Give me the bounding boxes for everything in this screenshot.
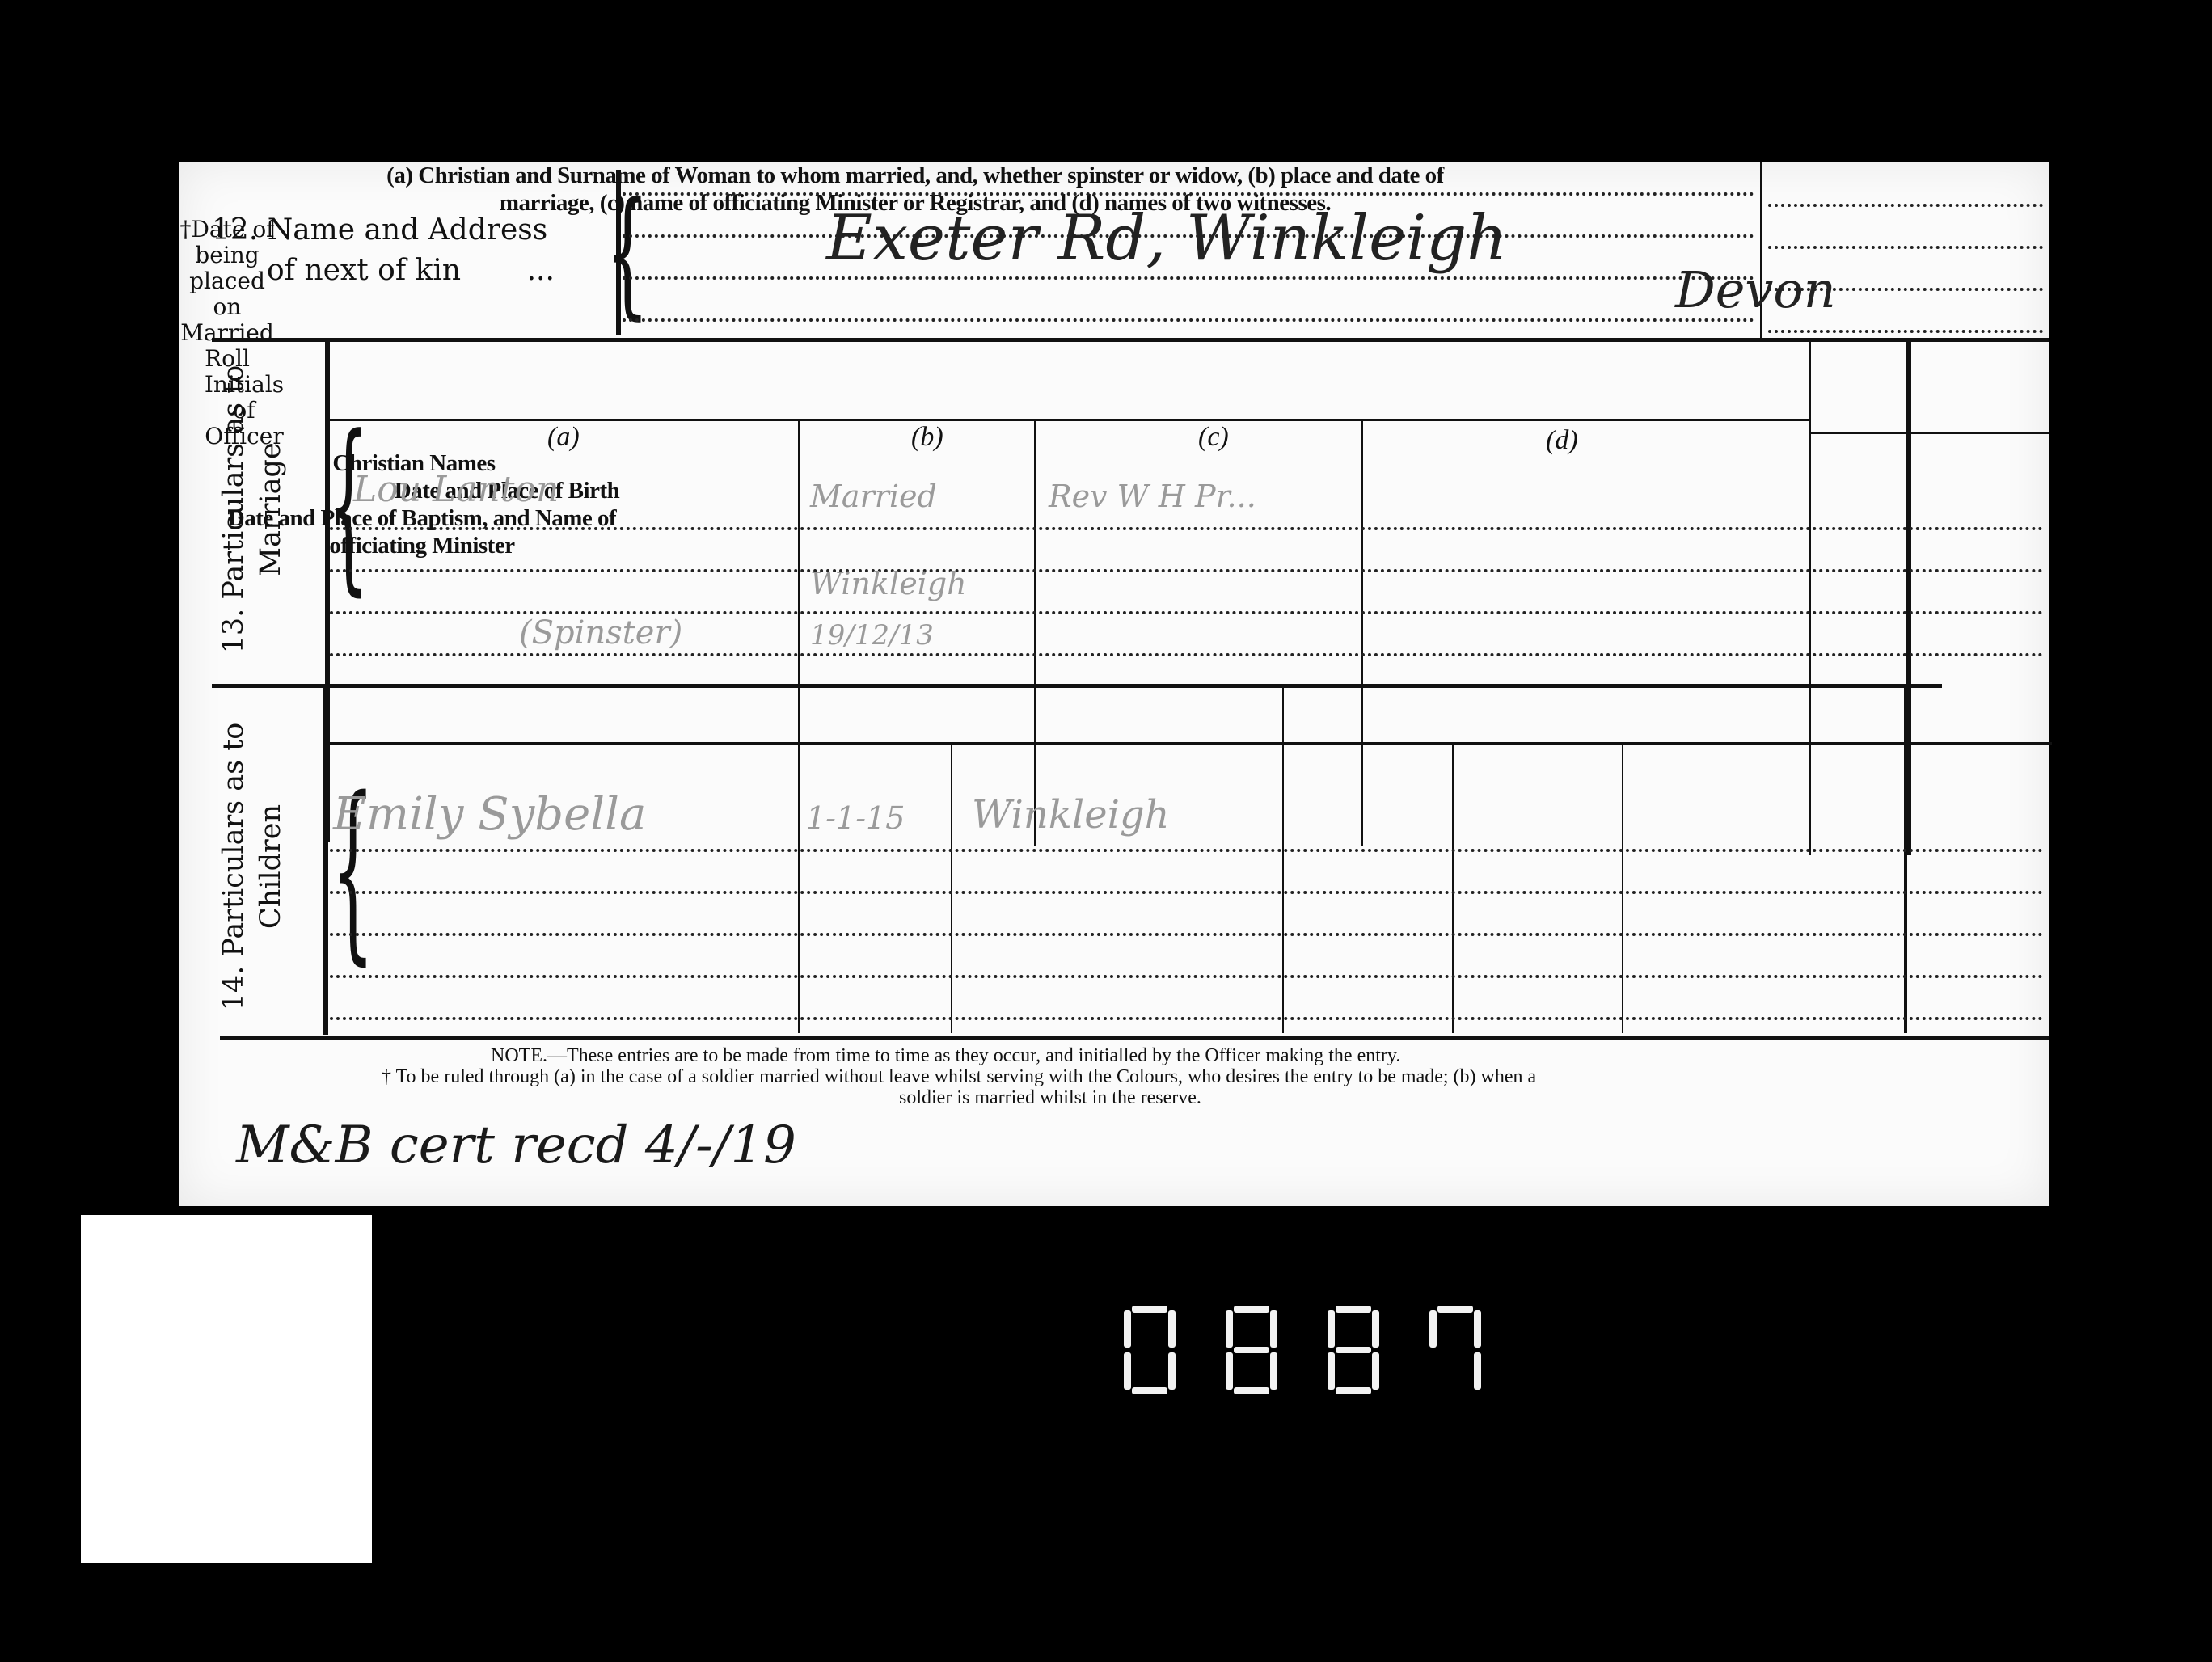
handwritten-annotation: M&B cert recd 4/-/19 xyxy=(236,1116,796,1175)
counter-digit-8-second xyxy=(1328,1306,1379,1394)
section14-bottom-rule xyxy=(220,1036,2049,1040)
marriage-b-row4: 19/12/13 xyxy=(810,619,934,652)
marriage-a-row1: Lou Lanton xyxy=(353,469,559,510)
section13-bottom-rule xyxy=(212,684,1942,688)
address-line-3 xyxy=(623,276,1754,280)
address-side-line-4 xyxy=(1768,330,2043,333)
children-line-5 xyxy=(330,1017,2044,1020)
blank-card xyxy=(81,1215,372,1563)
col-c-d-divider xyxy=(1361,420,1363,846)
section14-brace-icon: { xyxy=(331,695,374,1043)
address-line-1 xyxy=(623,192,1754,196)
address-line-4 xyxy=(623,318,1754,322)
section13-instructions-line1: (a) Christian and Surname of Woman to wh… xyxy=(179,162,1651,189)
children-col-divider-1 xyxy=(798,687,800,1033)
child-1-name: Emily Sybella xyxy=(333,788,646,841)
marriage-c-row1: Rev W H Pr... xyxy=(1049,479,1256,514)
section12-brace-icon: { xyxy=(606,176,649,330)
children-col-divider-4 xyxy=(1452,745,1454,1033)
section14-header-rule xyxy=(330,742,2052,745)
section13-side-label: 13. Particulars as to Marriage xyxy=(215,340,289,679)
children-line-1 xyxy=(330,849,2044,852)
col-b-c-divider xyxy=(1034,420,1036,846)
frame-counter: 0887 xyxy=(1124,1306,1481,1394)
marriage-b-row1: Married xyxy=(810,479,937,514)
handwritten-county: Devon xyxy=(1675,260,1836,319)
section12-bottom-rule xyxy=(212,338,2049,342)
side-header-rule xyxy=(1809,432,2049,434)
children-line-3 xyxy=(330,933,2044,936)
footnote-dagger-line2: soldier is married whilst in the reserve… xyxy=(899,1086,1201,1109)
counter-digit-8 xyxy=(1226,1306,1277,1394)
counter-digit-7 xyxy=(1429,1306,1481,1394)
section13-side-label-line1: 13. Particulars as to xyxy=(215,340,252,679)
section12-ellipsis: ... xyxy=(527,254,555,287)
section12-label-line2: of next of kin xyxy=(267,254,461,287)
marriage-line-1 xyxy=(330,527,2044,530)
children-right-border xyxy=(1904,687,1907,1033)
section14-side-label-line2: Children xyxy=(252,697,289,1036)
children-col-divider-3 xyxy=(1282,687,1284,1033)
section12-label: 12. Name and Address of next of kin ... xyxy=(212,210,555,291)
handwritten-address: Exeter Rd, Winkleigh xyxy=(826,202,1507,275)
service-record-document: 12. Name and Address of next of kin ... … xyxy=(179,162,2049,1206)
col-d-label: (d) xyxy=(1546,425,1578,456)
child-1-birth-place: Winkleigh xyxy=(972,792,1170,837)
child-1-birth-date: 1-1-15 xyxy=(806,800,905,836)
date-roll-left-border xyxy=(1809,341,1811,855)
section12-divider xyxy=(616,170,621,335)
col-b-label: (b) xyxy=(911,422,943,453)
children-col-divider-5 xyxy=(1622,745,1623,1033)
section13-side-label-line2: Marriage xyxy=(252,340,289,679)
counter-digit-0 xyxy=(1124,1306,1176,1394)
section12-label-line2-wrap: of next of kin ... xyxy=(212,251,555,291)
footnote-note: NOTE.—These entries are to be made from … xyxy=(491,1044,1400,1067)
marriage-line-2 xyxy=(330,569,2044,572)
marriage-a-row4: (Spinster) xyxy=(519,614,682,652)
section14-left-border xyxy=(323,687,328,1035)
footnote-dagger-line1: † To be ruled through (a) in the case of… xyxy=(382,1065,1536,1088)
children-col-divider-2 xyxy=(951,745,952,1033)
section12-label-line1: 12. Name and Address xyxy=(212,210,555,251)
children-line-4 xyxy=(330,975,2044,978)
marriage-b-row3: Winkleigh xyxy=(810,566,967,601)
children-line-2 xyxy=(330,891,2044,894)
address-side-line-1 xyxy=(1768,204,2043,207)
address-side-line-2 xyxy=(1768,246,2043,249)
section14-side-label-line1: 14. Particulars as to xyxy=(215,697,252,1036)
col-c-label: (c) xyxy=(1198,422,1229,453)
col-a-label: (a) xyxy=(547,422,580,453)
marriage-line-4 xyxy=(330,653,2044,656)
section14-side-label: 14. Particulars as to Children xyxy=(215,697,289,1036)
section13-header-rule xyxy=(330,419,1809,421)
